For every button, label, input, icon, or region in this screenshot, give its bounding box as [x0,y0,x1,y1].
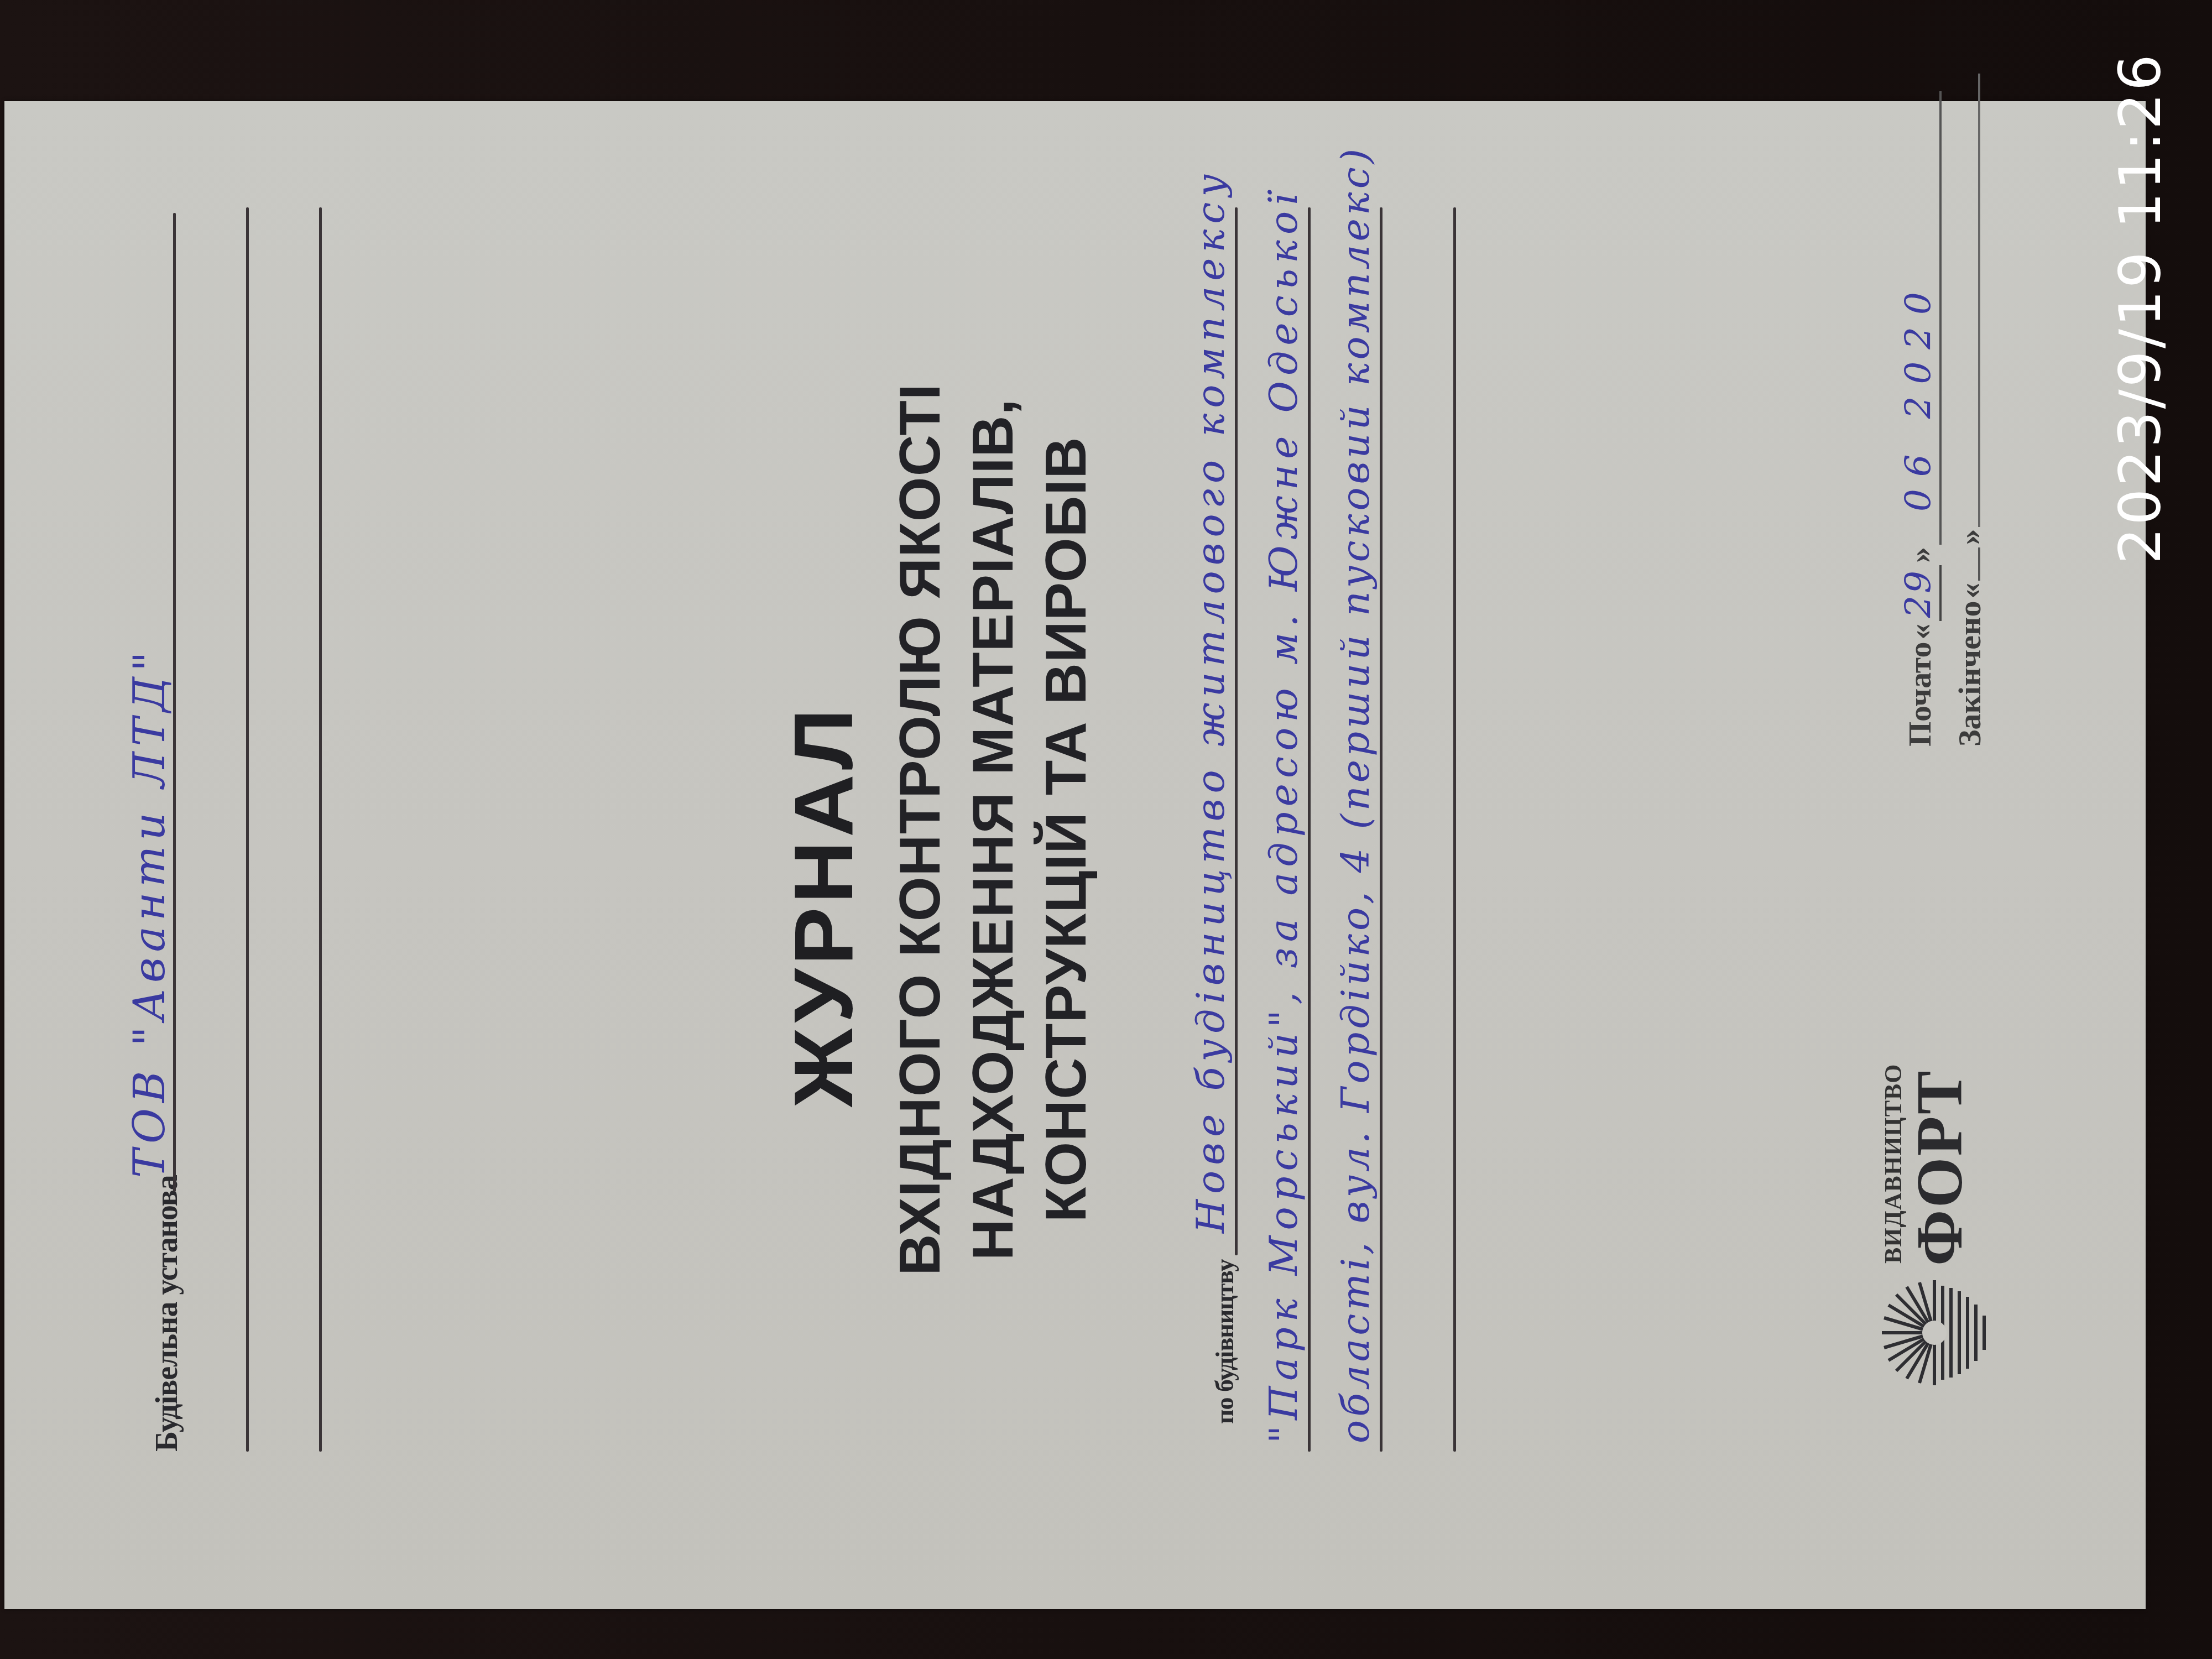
started-day: 29 [1898,565,1942,621]
organization-line-2 [246,207,249,1452]
cover-page-rotated: Будівельна установа ТОВ "Аванти ЛТД" ЖУР… [4,101,2146,1609]
object-line-2 [1308,207,1311,1452]
subtitle-line-3: КОНСТРУКЦІЙ ТА ВИРОБІВ [1030,359,1103,1300]
journal-subtitle: ВХІДНОГО КОНТРОЛЮ ЯКОСТІ НАДХОДЖЕННЯ МАТ… [884,359,1103,1300]
journal-cover: Будівельна установа ТОВ "Аванти ЛТД" ЖУР… [4,101,2146,1609]
photo-timestamp: 2023/9/19 11:26 [2101,66,2179,564]
publisher-logo: ВИДАВНИЦТВО ФОРТ [1874,1103,1995,1391]
organization-line-3 [319,207,322,1452]
finished-label: Закінчено [1952,601,1987,747]
object-line-1-text: Нове будівництво житлового комплексу [1188,169,1233,1233]
started-label: Почато [1902,641,1938,747]
subtitle-line-2: НАДХОДЖЕННЯ МАТЕРІАЛІВ, [957,359,1030,1300]
organization-line-1 [173,213,176,1192]
organization-value: ТОВ "Аванти ЛТД" [125,646,175,1178]
started-month-year: 06 2020 [1898,91,1942,545]
started-row: Почато « 29 » 06 2020 [1898,91,1942,747]
object-line-1 [1235,207,1238,1255]
object-line-3 [1380,207,1383,1452]
object-line-4 [1453,207,1456,1452]
publisher-name: ФОРТ [1902,1070,1978,1266]
journal-title: ЖУРНАЛ [776,705,872,1107]
object-line-2-text: "Парк Морський", за адресою м. Южне Одес… [1261,188,1306,1443]
finished-month-year [1978,74,1980,527]
organization-label: Будівельна установа [149,1175,185,1452]
object-label: по будівництву [1210,1259,1239,1424]
subtitle-line-1: ВХІДНОГО КОНТРОЛЮ ЯКОСТІ [884,359,957,1300]
object-line-3-text: області, вул. Гордійко, 4 (перший пусков… [1333,145,1378,1443]
finished-row: Закінчено « » [1951,74,1988,747]
finished-day [1978,547,1980,581]
sunburst-logo-icon [1876,1275,1992,1391]
